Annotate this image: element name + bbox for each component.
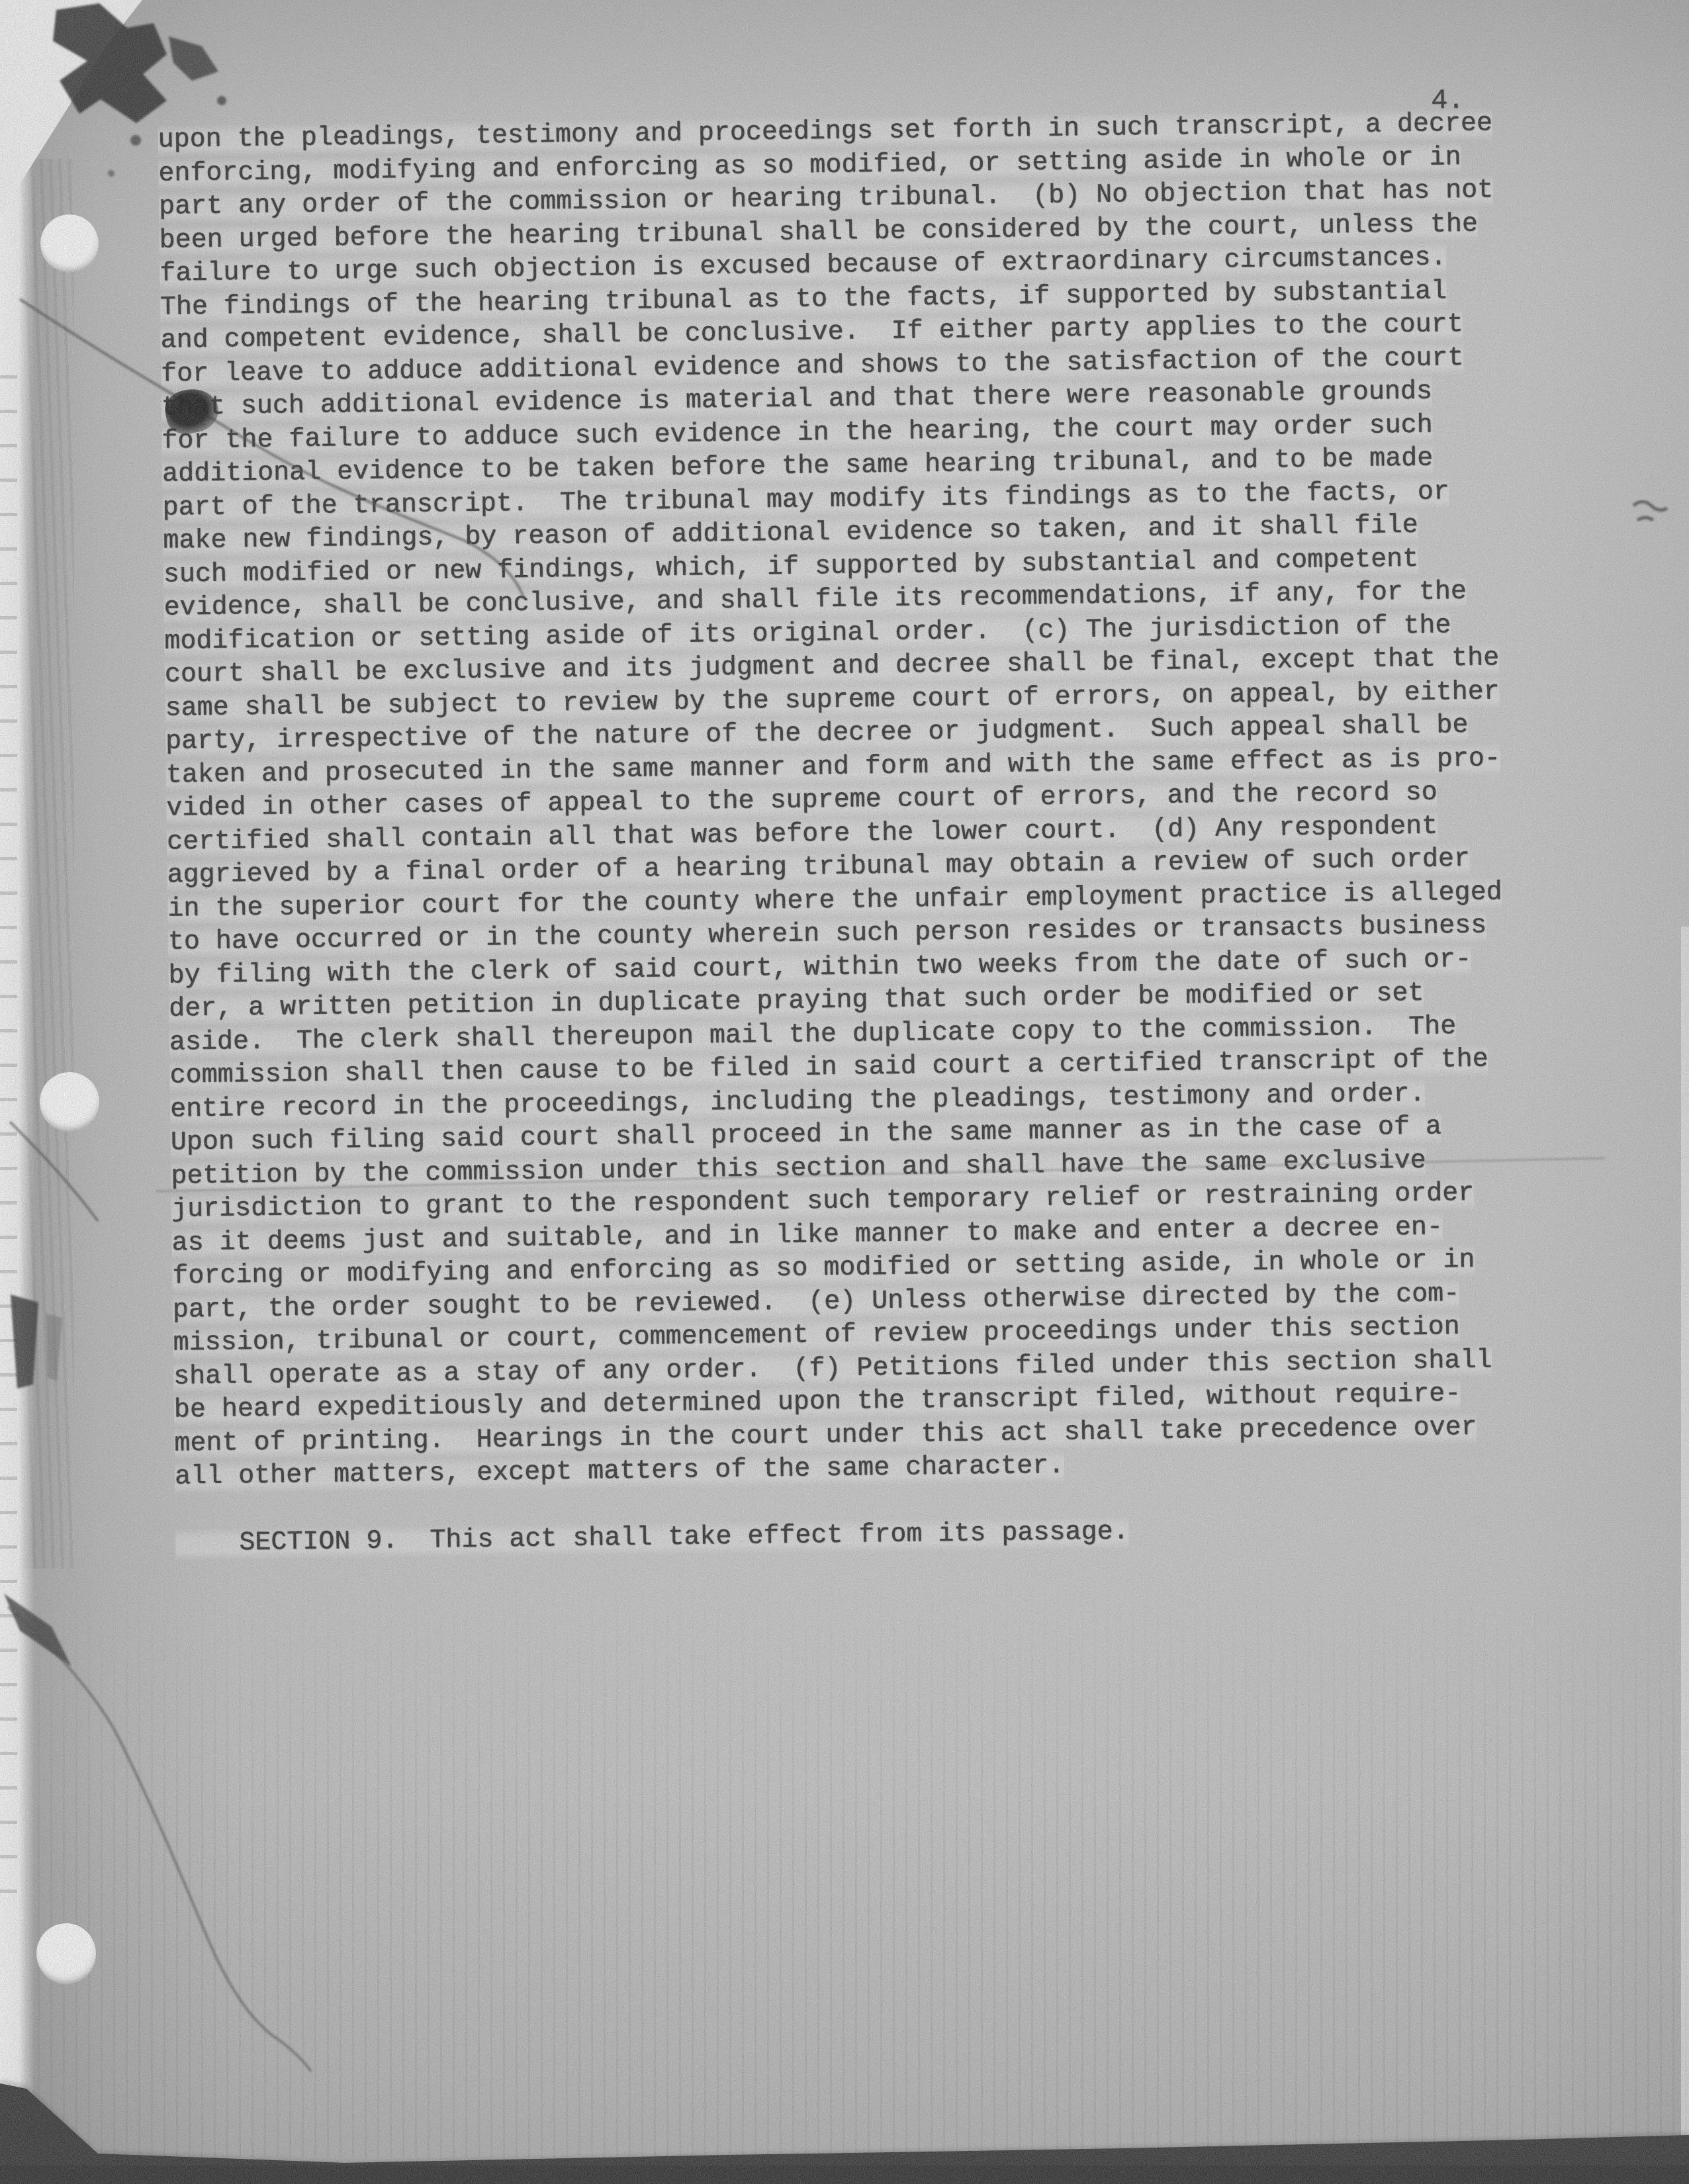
scanned-document-page: 4. upon the pleadings, testimony and pro…: [0, 0, 1689, 2184]
torn-corner-marks: [53, 3, 226, 177]
punch-hole: [40, 214, 99, 273]
right-margin-mark: [1633, 502, 1667, 520]
crease-middle: [10, 1122, 98, 1221]
left-edge-bar: [11, 1295, 38, 1388]
crease-horizontal: [156, 1158, 1605, 1191]
left-tear: [4, 1594, 71, 1666]
crease-top: [20, 299, 524, 599]
crease-bottom: [8, 1607, 311, 2071]
paper-damage-marks: [0, 0, 1689, 2184]
punch-hole: [40, 1072, 99, 1132]
punch-hole: [36, 1923, 96, 1984]
